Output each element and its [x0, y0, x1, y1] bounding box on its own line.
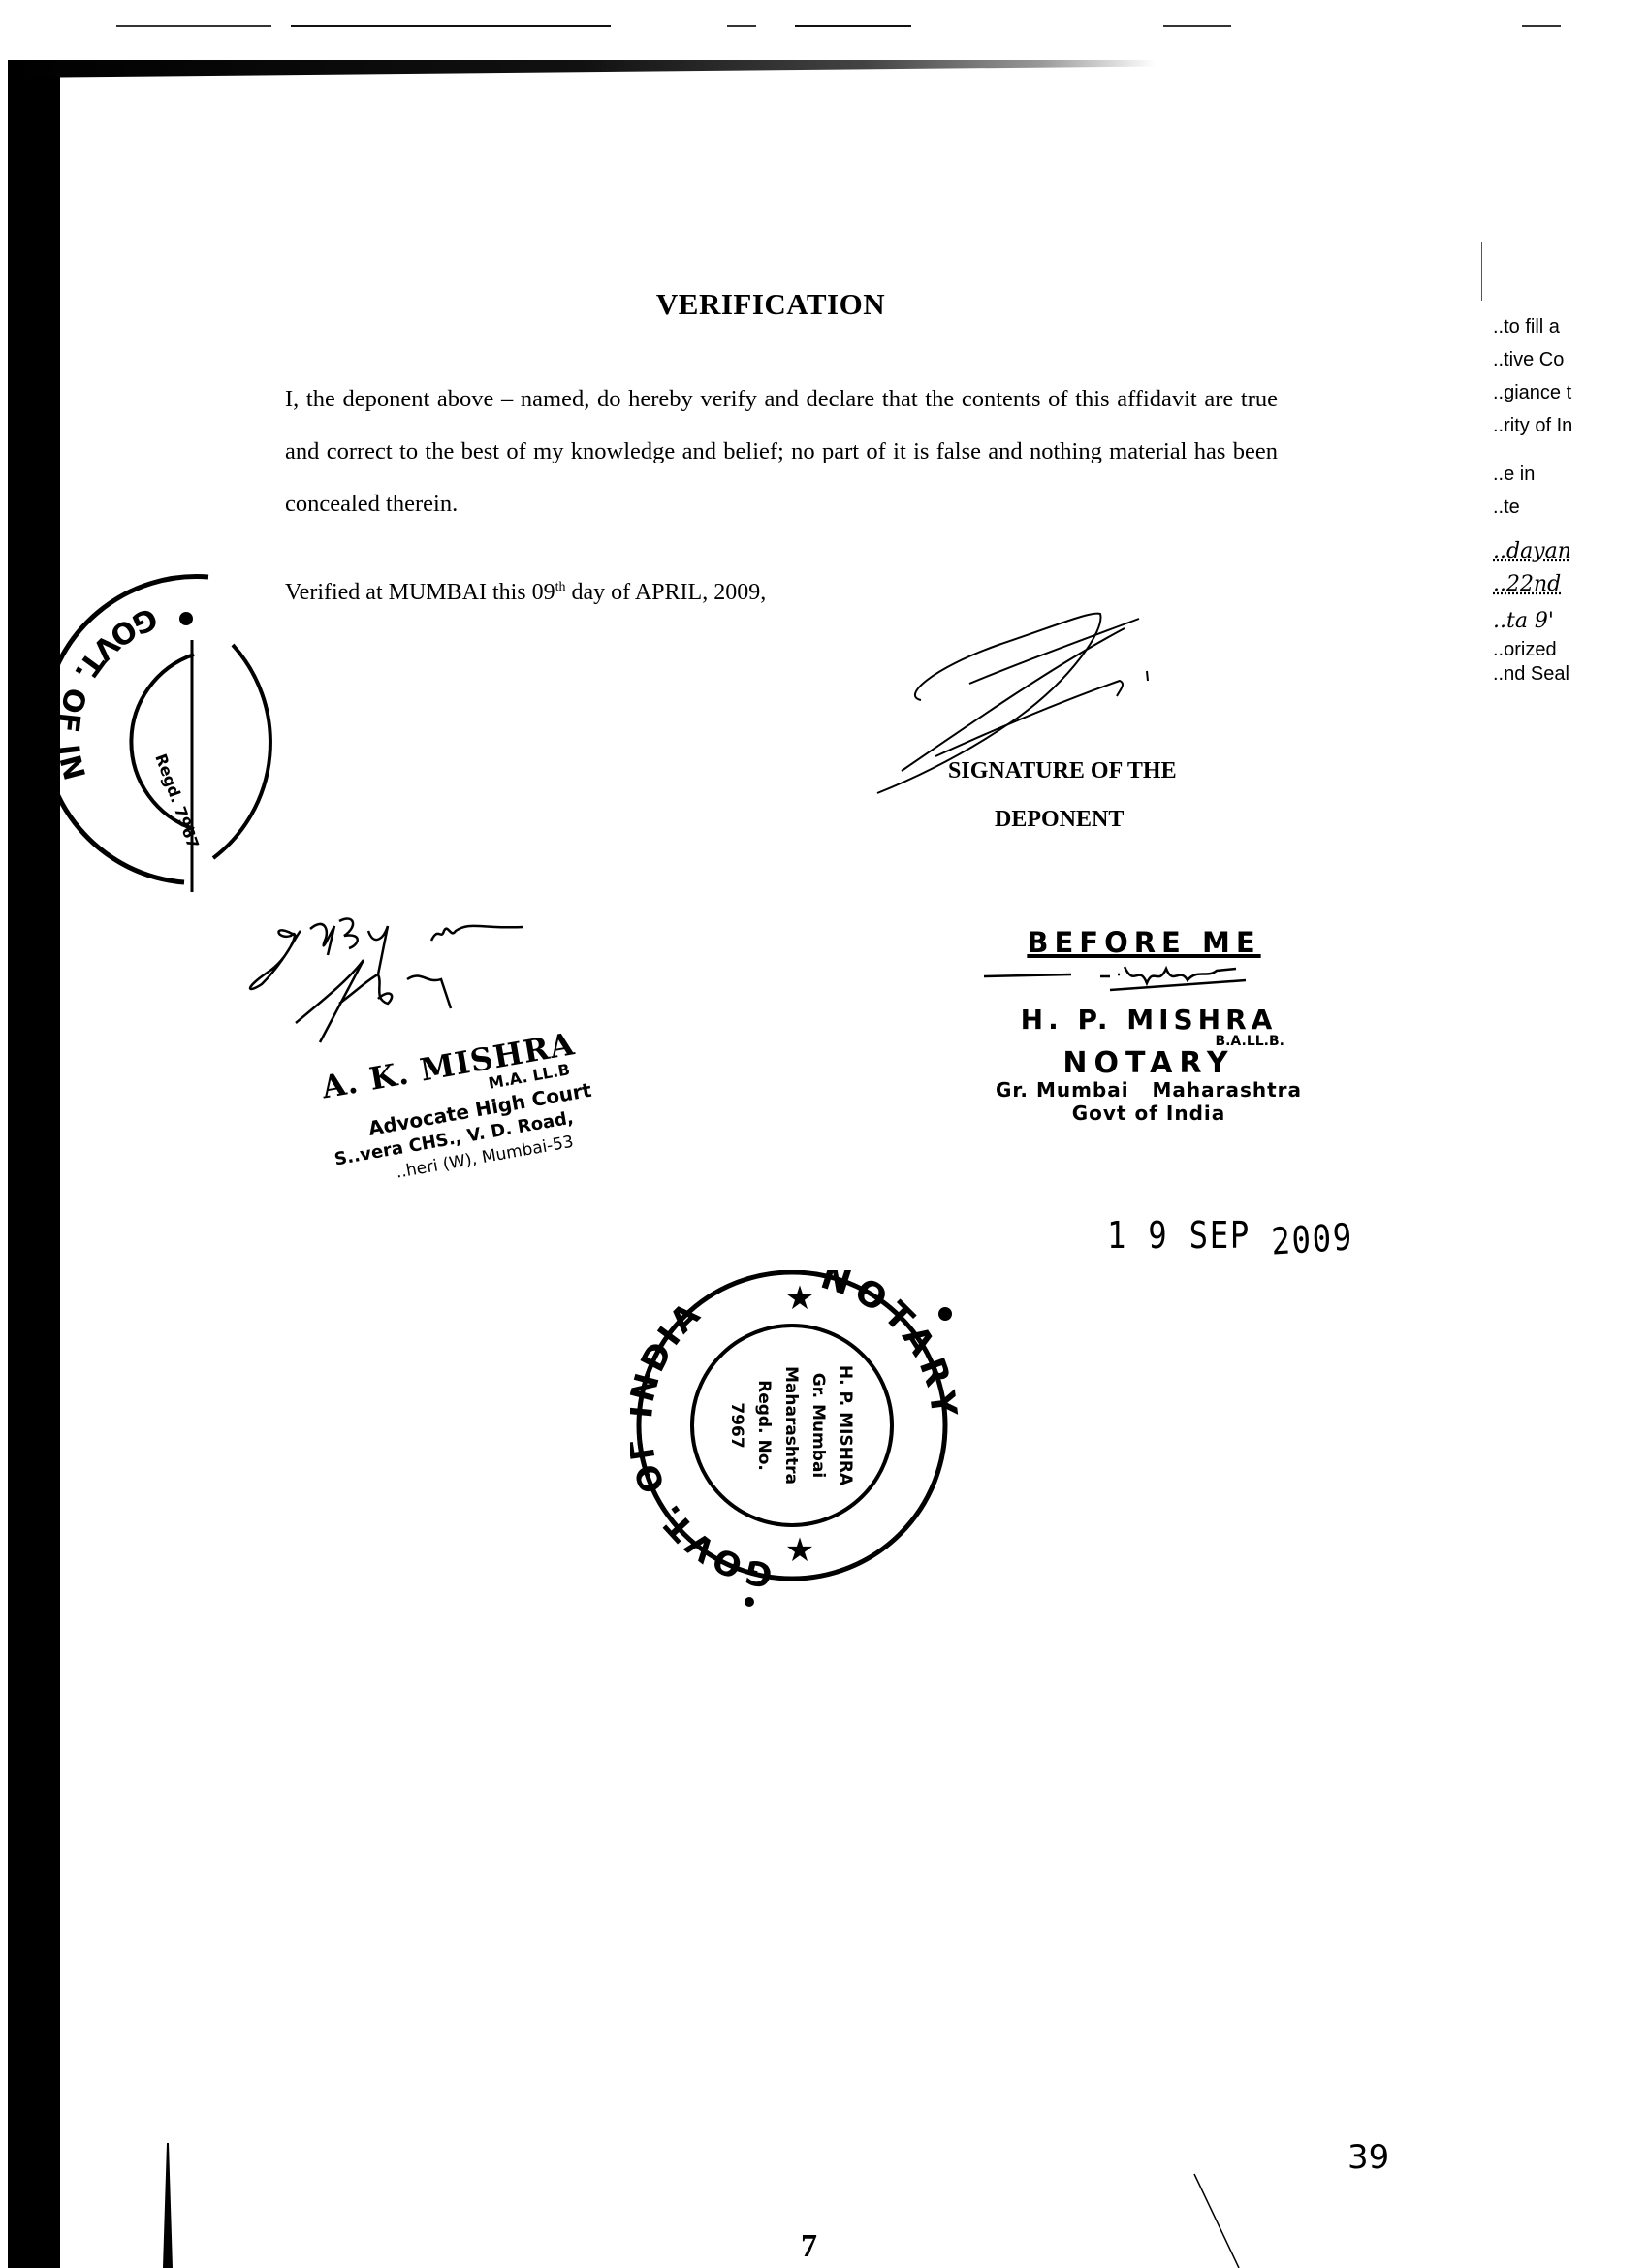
- fragment-line: ..te: [1493, 491, 1572, 524]
- ink-blot: [179, 612, 193, 625]
- handwritten-page-number: 39: [1347, 2138, 1389, 2177]
- notary-name: H. P. MISHRA: [955, 1004, 1343, 1036]
- ink-blot: [745, 1597, 754, 1607]
- partial-seal-inner-text: Regd. 7967: [151, 751, 203, 851]
- notary-title: NOTARY: [955, 1049, 1343, 1078]
- signature-label-deponent: DEPONENT: [995, 807, 1124, 833]
- seal-star-icon: ★: [785, 1281, 814, 1317]
- notary-government: Govt of India: [955, 1102, 1343, 1125]
- verification-paragraph: I, the deponent above – named, do hereby…: [285, 373, 1278, 530]
- scan-artifact-line: [1163, 25, 1231, 27]
- verified-prefix: Verified at MUMBAI this 09: [285, 580, 555, 605]
- ink-blot: [938, 1307, 952, 1321]
- scan-artifact-line: [795, 25, 911, 27]
- fragment-handwritten: ..22nd: [1493, 568, 1572, 601]
- notary-location: Gr. Mumbai Maharashtra: [955, 1078, 1343, 1102]
- seal-inner-line4: Regd. No.: [754, 1380, 774, 1471]
- notary-stamp: BEFORE ME H. P. MISHRA B.A.LL.B. NOTARY …: [955, 926, 1343, 1125]
- scan-artifact-line: [1522, 25, 1561, 27]
- notary-round-seal: NOTARY GOVT. OF INDIA ★ ★ H. P. MISHRA G…: [630, 1270, 989, 1629]
- verified-line: Verified at MUMBAI this 09th day of APRI…: [285, 580, 766, 606]
- fragment-handwritten: ..dayan: [1493, 535, 1572, 568]
- seal-inner-line3: Maharashtra: [781, 1366, 801, 1485]
- fragment-line: ..orized: [1493, 638, 1572, 661]
- scan-artifact-line: [116, 25, 271, 27]
- scan-edge-bottom-sliver: [163, 2143, 173, 2268]
- fragment-line: ..rity of In: [1493, 409, 1572, 442]
- before-me-heading: BEFORE ME: [945, 926, 1343, 959]
- seal-inner-line5: 7967: [727, 1402, 746, 1448]
- date-month: SEP: [1189, 1214, 1251, 1257]
- seal-star-icon: ★: [785, 1533, 814, 1569]
- signature-label: SIGNATURE OF THE: [948, 758, 1177, 784]
- scan-edge-top: [8, 60, 1442, 78]
- fragment-line: ..giance t: [1493, 376, 1572, 409]
- notary-initials-scribble: [955, 959, 1343, 998]
- partial-seal-left: GOVT. OF IN Regd. 7967: [48, 562, 281, 902]
- date-day: 1 9: [1107, 1214, 1168, 1257]
- verified-suffix: day of APRIL, 2009,: [566, 580, 767, 605]
- seal-inner-line2: Gr. Mumbai: [808, 1373, 828, 1479]
- date-year: 2009: [1270, 1215, 1353, 1262]
- document-title: VERIFICATION: [0, 287, 1541, 322]
- fragment-handwritten: ..ta 9': [1493, 605, 1572, 638]
- seal-inner-line1: H. P. MISHRA: [836, 1365, 855, 1486]
- scan-artifact-line: [727, 25, 756, 27]
- scan-edge-left: [8, 60, 60, 2268]
- verified-ordinal: th: [555, 580, 566, 594]
- fragment-line: ..e in: [1493, 458, 1572, 491]
- fragment-line: ..tive Co: [1493, 343, 1572, 376]
- page-number: 7: [801, 2228, 817, 2265]
- date-stamp: 1 9 SEP 2009: [1107, 1214, 1353, 1257]
- scan-artifact-line: [291, 25, 611, 27]
- fragment-line: ..to fill a: [1493, 310, 1572, 343]
- scan-artifact-diagonal: [1192, 2172, 1251, 2268]
- adjacent-page-fragments: ..to fill a ..tive Co ..giance t ..rity …: [1493, 310, 1572, 687]
- fragment-line: ..nd Seal: [1493, 661, 1572, 687]
